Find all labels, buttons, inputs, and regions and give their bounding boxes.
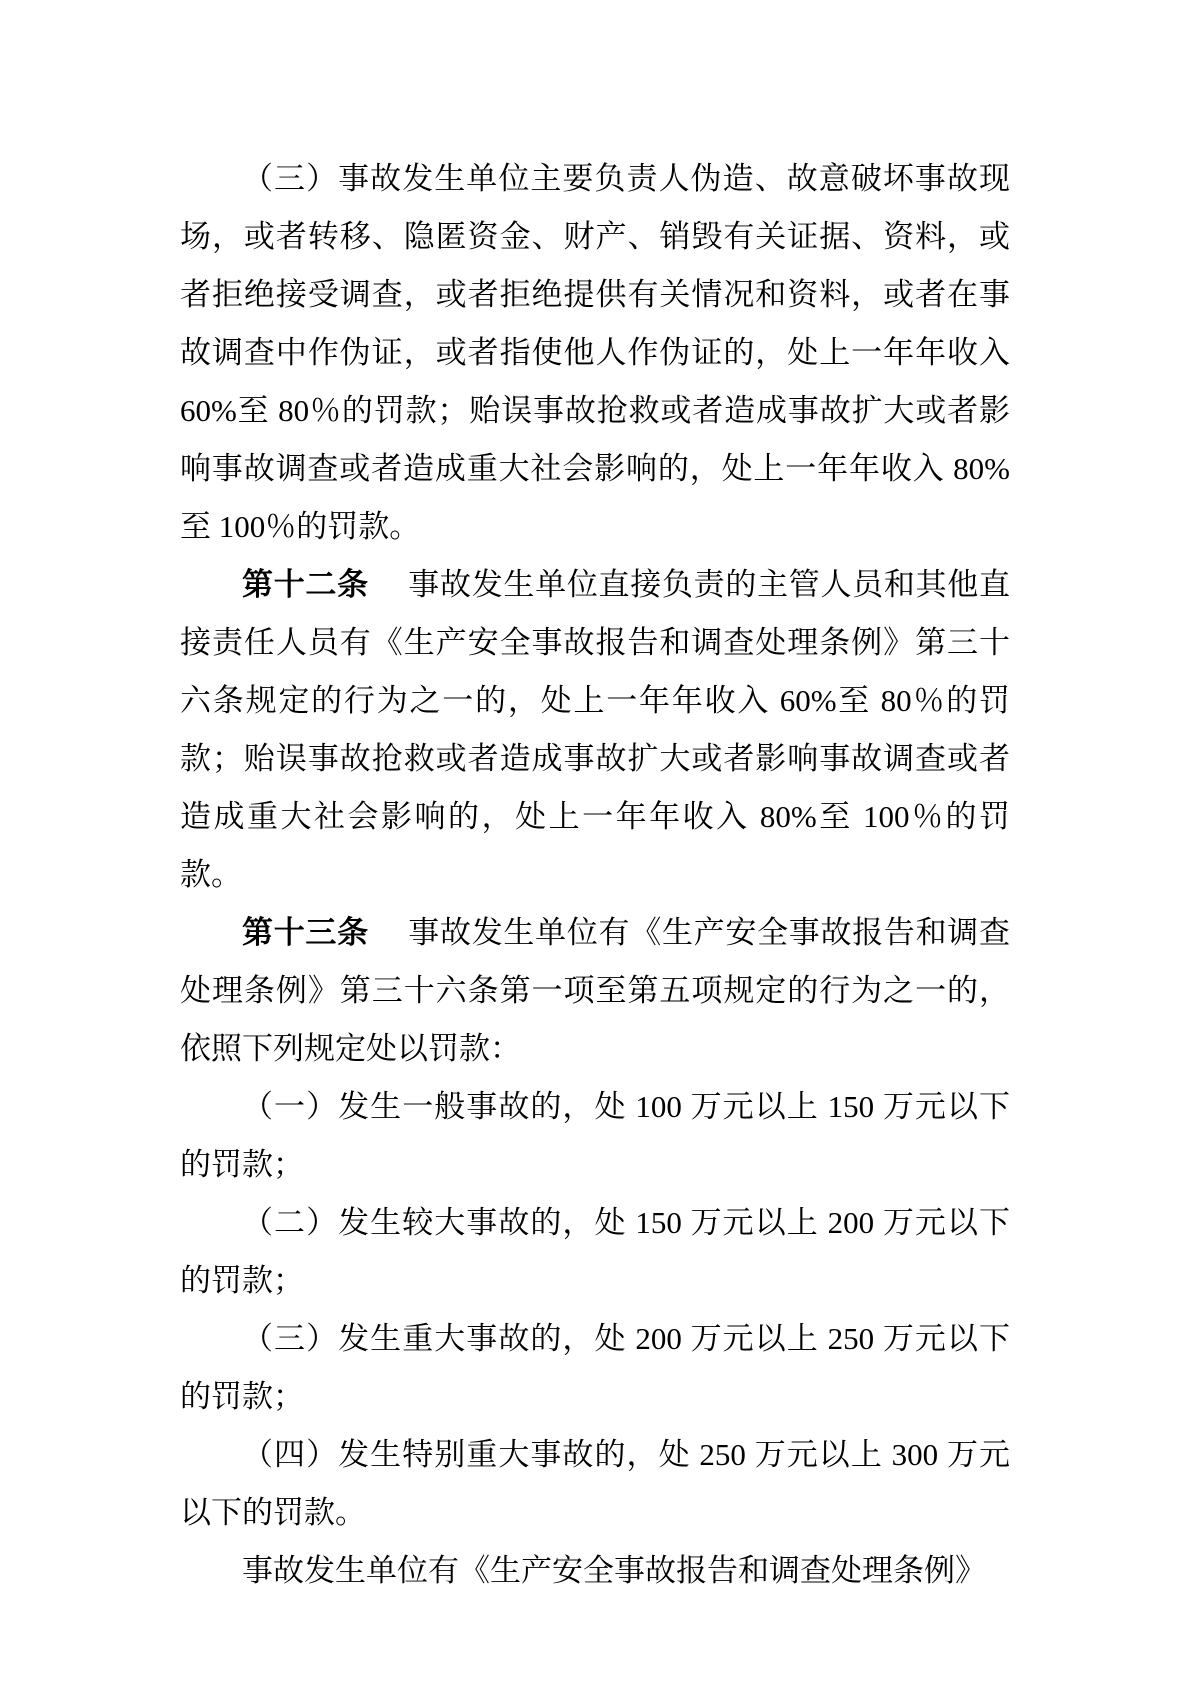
article-13-number: 第十三条 (242, 915, 369, 950)
clause-three-text: （三）事故发生单位主要负责人伪造、故意破坏事故现场，或者转移、隐匿资金、财产、销… (180, 161, 1010, 544)
article-13-paragraph: 第十三条 事故发生单位有《生产安全事故报告和调查处理条例》第三十六条第一项至第五… (180, 904, 1010, 1078)
fine-item-1-paragraph: （一）发生一般事故的，处 100 万元以上 150 万元以下的罚款； (180, 1078, 1010, 1194)
document-text-block: （三）事故发生单位主要负责人伪造、故意破坏事故现场，或者转移、隐匿资金、财产、销… (180, 150, 1010, 1600)
document-page: （三）事故发生单位主要负责人伪造、故意破坏事故现场，或者转移、隐匿资金、财产、销… (0, 0, 1190, 1683)
fine-item-2-paragraph: （二）发生较大事故的，处 150 万元以上 200 万元以下的罚款； (180, 1194, 1010, 1310)
clause-three-paragraph: （三）事故发生单位主要负责人伪造、故意破坏事故现场，或者转移、隐匿资金、财产、销… (180, 150, 1010, 556)
fine-item-3-text: （三）发生重大事故的，处 200 万元以上 250 万元以下的罚款； (180, 1321, 1010, 1414)
closing-paragraph: 事故发生单位有《生产安全事故报告和调查处理条例》 (180, 1542, 1010, 1600)
fine-item-1-text: （一）发生一般事故的，处 100 万元以上 150 万元以下的罚款； (180, 1089, 1010, 1182)
fine-item-4-paragraph: （四）发生特别重大事故的，处 250 万元以上 300 万元以下的罚款。 (180, 1426, 1010, 1542)
article-12-text: 事故发生单位直接负责的主管人员和其他直接责任人员有《生产安全事故报告和调查处理条… (180, 567, 1010, 892)
fine-item-4-text: （四）发生特别重大事故的，处 250 万元以上 300 万元以下的罚款。 (180, 1437, 1010, 1530)
fine-item-2-text: （二）发生较大事故的，处 150 万元以上 200 万元以下的罚款； (180, 1205, 1010, 1298)
article-12-paragraph: 第十二条 事故发生单位直接负责的主管人员和其他直接责任人员有《生产安全事故报告和… (180, 556, 1010, 904)
closing-paragraph-text: 事故发生单位有《生产安全事故报告和调查处理条例》 (242, 1553, 986, 1588)
article-12-number: 第十二条 (242, 567, 369, 602)
fine-item-3-paragraph: （三）发生重大事故的，处 200 万元以上 250 万元以下的罚款； (180, 1310, 1010, 1426)
